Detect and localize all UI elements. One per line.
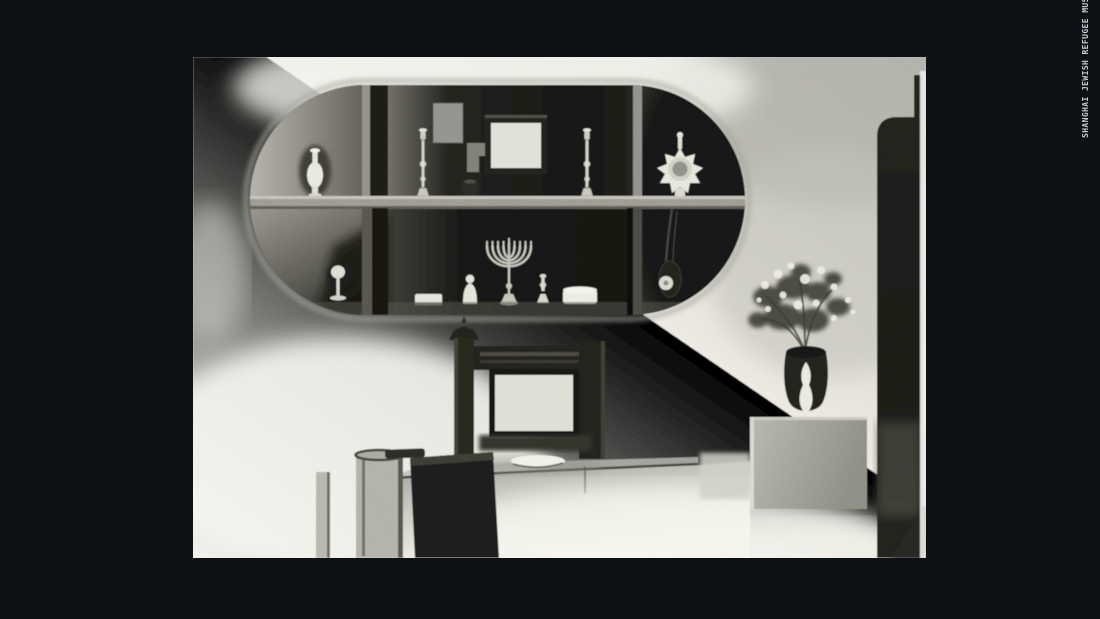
photo-scene	[193, 57, 926, 558]
film-grain	[193, 57, 926, 558]
historical-photo	[193, 57, 926, 558]
page-background: SHANGHAI JEWISH REFUGEE MUSEUM	[0, 0, 1100, 619]
photo-credit: SHANGHAI JEWISH REFUGEE MUSEUM	[1081, 4, 1098, 138]
